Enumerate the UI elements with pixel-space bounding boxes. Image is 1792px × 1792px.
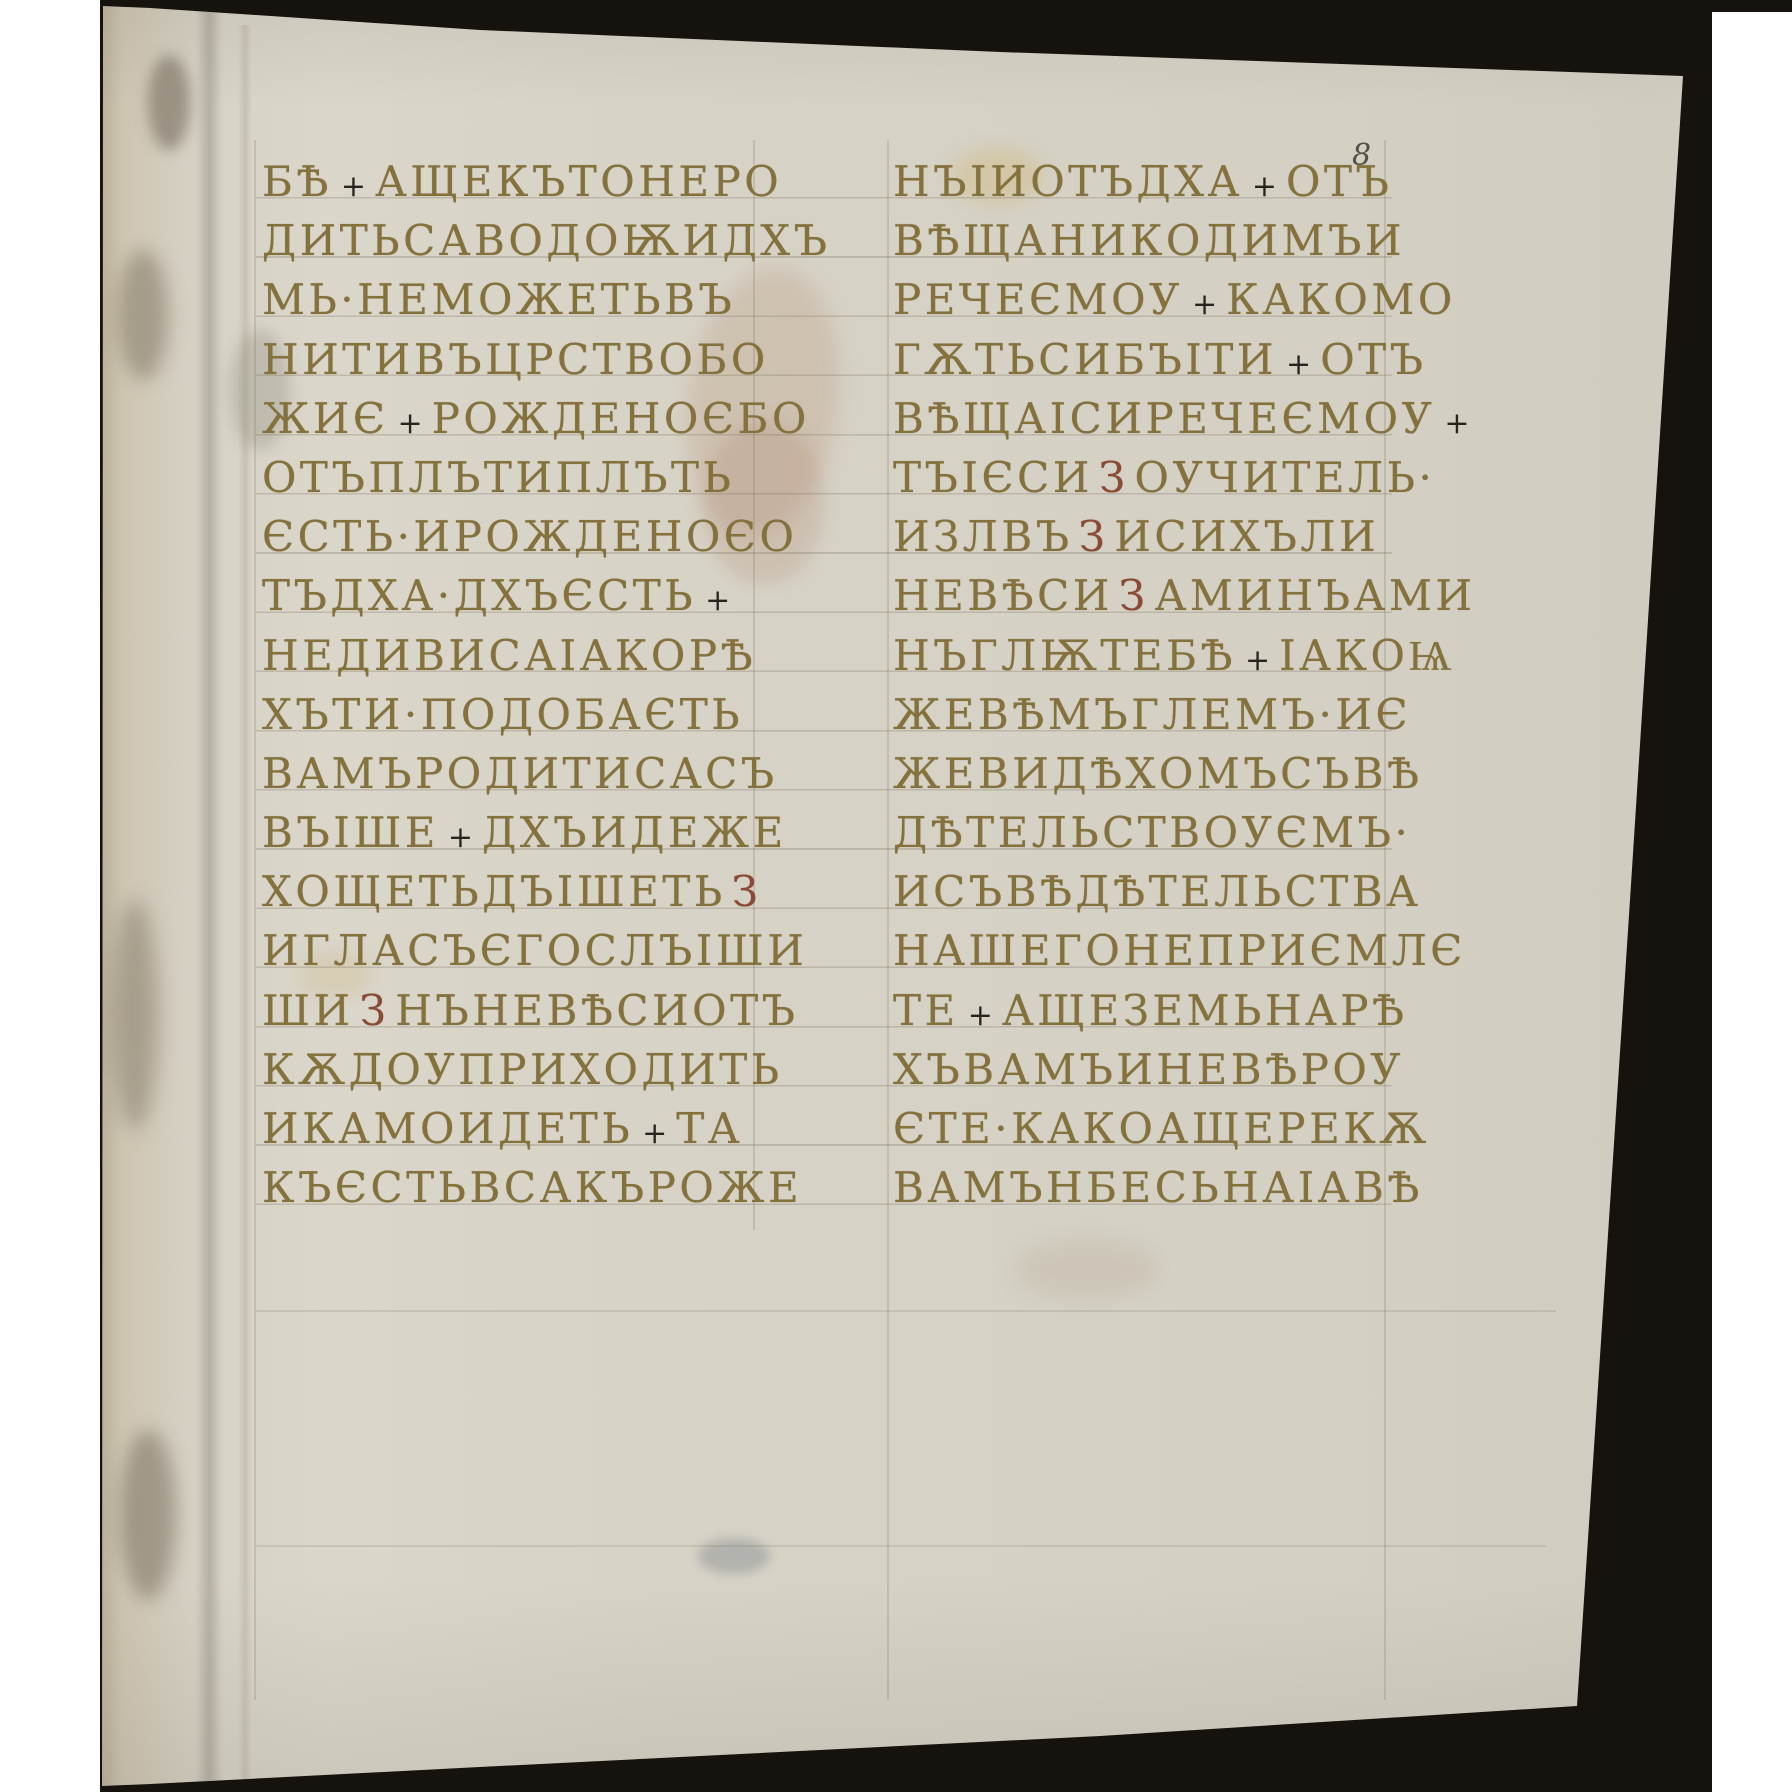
text-segment: ТА: [676, 1104, 743, 1153]
text-line: ИКАМОИДЕТЬ+ТА: [262, 1099, 831, 1158]
text-segment: ГѪТЬСИБЪІТИ: [893, 335, 1277, 384]
text-segment: БѢ: [262, 157, 332, 206]
text-line: ЄТЕ·КАКОАЩЕРЕКѪ: [893, 1099, 1479, 1158]
text-segment: ТЪІЄСИ: [893, 453, 1093, 502]
manuscript-scan: 8 БѢ+АЩЕКЪТОНЕРОДИТЬСАВОДОѬИДХЪМЬ·НЕМОЖЕ…: [0, 0, 1792, 1792]
text-segment: МЬ·НЕМОЖЕТЬВЪ: [262, 275, 735, 324]
rubric-mark: З: [1113, 571, 1155, 620]
text-segment: ДХЪИДЕЖЕ: [482, 808, 787, 857]
text-line: КЪЄСТЬВСАКЪРОЖЕ: [262, 1158, 831, 1217]
text-segment: НЪІИОТЪДХА: [893, 157, 1243, 206]
text-segment: НЪГЛѬТЕБѢ: [893, 631, 1236, 680]
photo-background-top-bar: [1712, 0, 1792, 12]
text-line: ИГЛАСЪЄГОСЛЪІШИ: [262, 921, 831, 980]
ruling-horizontal-line: [256, 1310, 1556, 1312]
text-line: ВАМЪНБЕСЬНАІАВѢ: [893, 1158, 1479, 1217]
text-line: ИЗЛВЪЗИСИХЪЛИ: [893, 507, 1479, 566]
cross-mark: +: [1277, 347, 1320, 382]
text-line: ШИЗНЪНЕВѢСИОТЪ: [262, 981, 831, 1040]
text-segment: ОУЧИТЕЛЬ·: [1135, 453, 1436, 502]
text-segment: ИСЪВѢДѢТЕЛЬСТВА: [893, 867, 1421, 916]
cross-mark: +: [696, 583, 739, 618]
text-line: ЖЕВѢМЪГЛЕМЪ·ИЄ: [893, 685, 1479, 744]
text-segment: ВАМЪРОДИТИСАСЪ: [262, 749, 778, 798]
text-segment: ТЪДХА·ДХЪЄСТЬ: [262, 571, 696, 620]
cross-mark: +: [332, 169, 375, 204]
rubric-mark: З: [1073, 512, 1115, 561]
text-segment: ЄТЕ·КАКОАЩЕРЕКѪ: [893, 1104, 1430, 1153]
text-segment: НЕВѢСИ: [893, 571, 1113, 620]
text-segment: АЩЕЗЕМЬНАРѢ: [1002, 986, 1408, 1035]
text-line: ХОЩЕТЬДЪІШЕТЬЗ: [262, 862, 831, 921]
ruling-vertical-line: [254, 140, 256, 1700]
text-segment: РЕЧЕЄМОУ: [893, 275, 1183, 324]
text-column-left: БѢ+АЩЕКЪТОНЕРОДИТЬСАВОДОѬИДХЪМЬ·НЕМОЖЕТЬ…: [262, 152, 831, 1217]
rubric-mark: З: [1093, 453, 1135, 502]
cross-mark: +: [388, 406, 431, 441]
text-segment: ИСИХЪЛИ: [1114, 512, 1379, 561]
ruling-vertical-line: [887, 140, 889, 1700]
text-segment: ШИ: [262, 986, 354, 1035]
spine-blotch: [118, 250, 168, 380]
parchment-smudge: [698, 1538, 770, 1574]
text-segment: ХЪВАМЪИНЕВѢРОУ: [893, 1045, 1404, 1094]
text-segment: НАШЕГОНЕПРИЄМЛЄ: [893, 926, 1466, 975]
cross-mark: +: [1243, 169, 1286, 204]
text-segment: ЖЕВИДѢХОМЪСЪВѢ: [893, 749, 1423, 798]
text-segment: ОТЪПЛЪТИПЛЪТЬ: [262, 453, 734, 502]
text-segment: ОТЪ: [1320, 335, 1426, 384]
rubric-mark: З: [354, 986, 396, 1035]
text-segment: НИТИВЪЦРСТВОБО: [262, 335, 769, 384]
text-line: ГѪТЬСИБЪІТИ+ОТЪ: [893, 330, 1479, 389]
text-line: ХЪВАМЪИНЕВѢРОУ: [893, 1040, 1479, 1099]
spine-crease-shadow: [196, 0, 222, 1792]
text-segment: ИКАМОИДЕТЬ: [262, 1104, 633, 1153]
text-segment: ЖИЄ: [262, 394, 388, 443]
text-segment: ХЪТИ·ПОДОБАЄТЬ: [262, 690, 743, 739]
spine-fold-line: [238, 25, 252, 1780]
text-segment: ХОЩЕТЬДЪІШЕТЬ: [262, 867, 726, 916]
text-segment: АМИНЪАМИ: [1155, 571, 1476, 620]
text-line: ВЪІШЕ+ДХЪИДЕЖЕ: [262, 803, 831, 862]
text-line: ЄСТЬ·ИРОЖДЕНОЄО: [262, 507, 831, 566]
cross-mark: +: [959, 998, 1002, 1033]
text-segment: КЪЄСТЬВСАКЪРОЖЕ: [262, 1163, 802, 1212]
spine-blotch: [148, 55, 190, 150]
text-segment: ЖЕВѢМЪГЛЕМЪ·ИЄ: [893, 690, 1411, 739]
text-line: ВѢЩАІСИРЕЧЕЄМОУ+: [893, 389, 1479, 448]
text-line: НЪІИОТЪДХА+ОТЪ: [893, 152, 1479, 211]
text-line: ДѢТЕЛЬСТВОУЄМЪ·: [893, 803, 1479, 862]
cross-mark: +: [1435, 406, 1478, 441]
text-segment: ДИТЬСАВОДОѬИДХЪ: [262, 216, 831, 265]
spine-blotch: [120, 1430, 176, 1600]
text-segment: КѪДОУПРИХОДИТЬ: [262, 1045, 783, 1094]
text-segment: ІАКОѨ: [1279, 631, 1455, 680]
text-segment: ВЪІШЕ: [262, 808, 439, 857]
text-segment: ВАМЪНБЕСЬНАІАВѢ: [893, 1163, 1423, 1212]
spine-blotch: [112, 900, 158, 1130]
text-segment: ЄСТЬ·ИРОЖДЕНОЄО: [262, 512, 797, 561]
text-segment: ДѢТЕЛЬСТВОУЄМЪ·: [893, 808, 1411, 857]
text-line: ЖЕВИДѢХОМЪСЪВѢ: [893, 744, 1479, 803]
text-line: ХЪТИ·ПОДОБАЄТЬ: [262, 685, 831, 744]
text-segment: НЕДИВИСАІАКОРѢ: [262, 631, 756, 680]
text-line: МЬ·НЕМОЖЕТЬВЪ: [262, 270, 831, 329]
text-segment: ТЕ: [893, 986, 959, 1035]
text-segment: ОТЪ: [1286, 157, 1392, 206]
text-line: ВѢЩАНИКОДИМЪИ: [893, 211, 1479, 270]
text-line: ИСЪВѢДѢТЕЛЬСТВА: [893, 862, 1479, 921]
text-line: ТЪІЄСИЗОУЧИТЕЛЬ·: [893, 448, 1479, 507]
text-line: ВАМЪРОДИТИСАСЪ: [262, 744, 831, 803]
text-line: НАШЕГОНЕПРИЄМЛЄ: [893, 921, 1479, 980]
text-line: НИТИВЪЦРСТВОБО: [262, 330, 831, 389]
text-segment: РОЖДЕНОЄБО: [432, 394, 810, 443]
parchment-page: 8 БѢ+АЩЕКЪТОНЕРОДИТЬСАВОДОѬИДХЪМЬ·НЕМОЖЕ…: [0, 0, 1792, 1792]
text-line: ТЪДХА·ДХЪЄСТЬ+: [262, 566, 831, 625]
text-segment: КАКОМО: [1226, 275, 1456, 324]
text-line: НЕВѢСИЗАМИНЪАМИ: [893, 566, 1479, 625]
rubric-mark: З: [726, 867, 768, 916]
text-line: ТЕ+АЩЕЗЕМЬНАРѢ: [893, 981, 1479, 1040]
cross-mark: +: [1183, 287, 1226, 322]
text-segment: ИГЛАСЪЄГОСЛЪІШИ: [262, 926, 807, 975]
text-segment: НЪНЕВѢСИОТЪ: [395, 986, 798, 1035]
cross-mark: +: [439, 820, 482, 855]
parchment-smudge: [1015, 1238, 1160, 1300]
text-segment: ВѢЩАІСИРЕЧЕЄМОУ: [893, 394, 1435, 443]
text-line: ОТЪПЛЪТИПЛЪТЬ: [262, 448, 831, 507]
ruling-horizontal-line: [256, 1545, 1546, 1547]
text-line: НЕДИВИСАІАКОРѢ: [262, 626, 831, 685]
cross-mark: +: [633, 1116, 676, 1151]
text-line: НЪГЛѬТЕБѢ+ІАКОѨ: [893, 626, 1479, 685]
text-line: КѪДОУПРИХОДИТЬ: [262, 1040, 831, 1099]
text-segment: ИЗЛВЪ: [893, 512, 1073, 561]
text-line: РЕЧЕЄМОУ+КАКОМО: [893, 270, 1479, 329]
text-segment: АЩЕКЪТОНЕРО: [375, 157, 782, 206]
text-column-right: НЪІИОТЪДХА+ОТЪВѢЩАНИКОДИМЪИРЕЧЕЄМОУ+КАКО…: [893, 152, 1479, 1217]
text-line: ЖИЄ+РОЖДЕНОЄБО: [262, 389, 831, 448]
text-line: ДИТЬСАВОДОѬИДХЪ: [262, 211, 831, 270]
cross-mark: +: [1236, 643, 1279, 678]
text-segment: ВѢЩАНИКОДИМЪИ: [893, 216, 1405, 265]
text-line: БѢ+АЩЕКЪТОНЕРО: [262, 152, 831, 211]
